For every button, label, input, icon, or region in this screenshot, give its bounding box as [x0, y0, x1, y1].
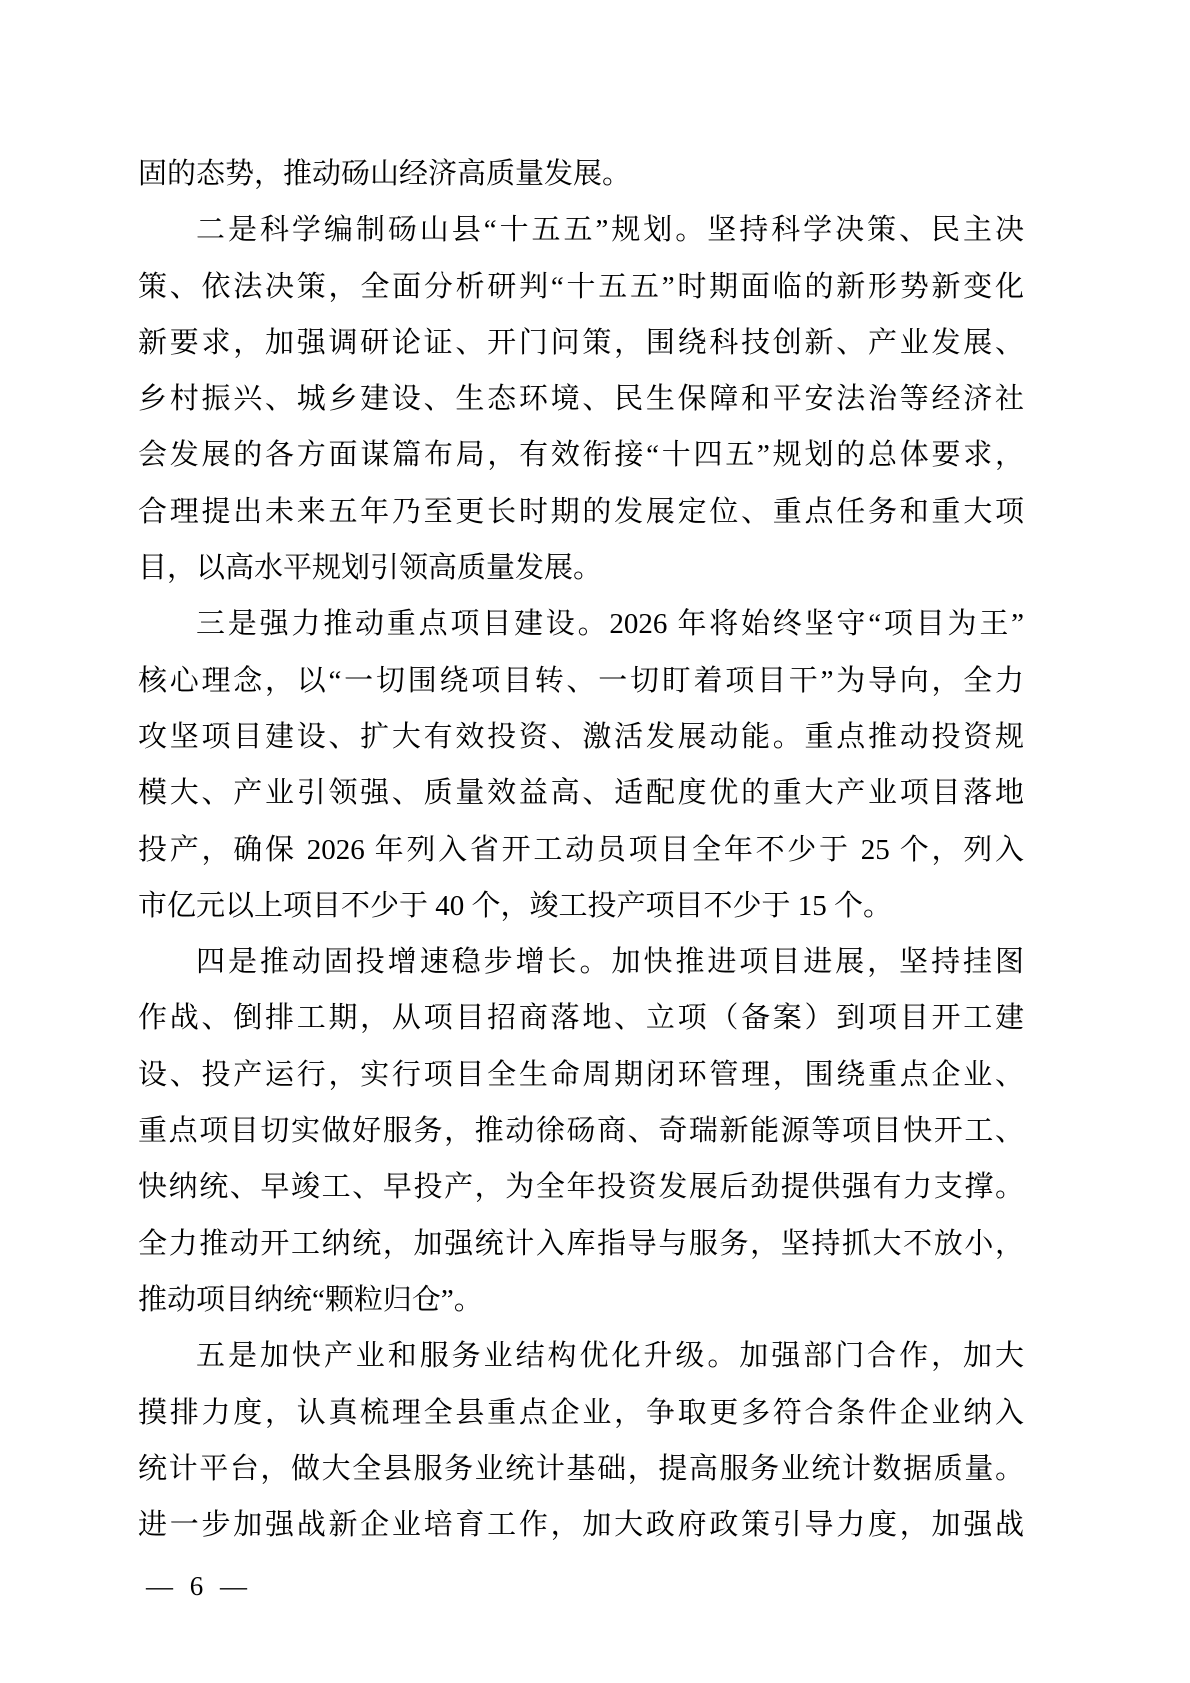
paragraph: 四是推动固投增速稳步增长。加快推进项目进展，坚持挂图 作战、倒排工期，从项目招商… [138, 934, 1024, 1328]
body-line: 四是推动固投增速稳步增长。加快推进项目进展，坚持挂图 [138, 934, 1024, 990]
body-line: 推动项目纳统“颗粒归仓”。 [138, 1272, 1024, 1328]
paragraph: 固的态势，推动砀山经济高质量发展。 [138, 146, 1024, 202]
body-line: 乡村振兴、城乡建设、生态环境、民生保障和平安法治等经济社 [138, 371, 1024, 427]
document-page: 固的态势，推动砀山经济高质量发展。 二是科学编制砀山县“十五五”规划。坚持科学决… [0, 0, 1190, 1683]
body-line: 会发展的各方面谋篇布局，有效衔接“十四五”规划的总体要求， [138, 427, 1024, 483]
body-line: 全力推动开工纳统，加强统计入库指导与服务，坚持抓大不放小， [138, 1216, 1024, 1272]
page-number: — 6 — [146, 1566, 252, 1606]
body-line: 快纳统、早竣工、早投产，为全年投资发展后劲提供强有力支撑。 [138, 1159, 1024, 1215]
body-line: 模大、产业引领强、质量效益高、适配度优的重大产业项目落地 [138, 765, 1024, 821]
body-line: 核心理念，以“一切围绕项目转、一切盯着项目干”为导向，全力 [138, 653, 1024, 709]
paragraph: 三是强力推动重点项目建设。2026 年将始终坚守“项目为王” 核心理念，以“一切… [138, 596, 1024, 934]
page-body: 固的态势，推动砀山经济高质量发展。 二是科学编制砀山县“十五五”规划。坚持科学决… [138, 146, 1024, 1553]
paragraph: 二是科学编制砀山县“十五五”规划。坚持科学决策、民主决 策、依法决策，全面分析研… [138, 202, 1024, 596]
body-line: 设、投产运行，实行项目全生命周期闭环管理，围绕重点企业、 [138, 1047, 1024, 1103]
body-line: 统计平台，做大全县服务业统计基础，提高服务业统计数据质量。 [138, 1441, 1024, 1497]
body-line: 五是加快产业和服务业结构优化升级。加强部门合作，加大 [138, 1328, 1024, 1384]
body-line: 三是强力推动重点项目建设。2026 年将始终坚守“项目为王” [138, 596, 1024, 652]
body-line: 合理提出未来五年乃至更长时期的发展定位、重点任务和重大项 [138, 484, 1024, 540]
body-line: 新要求，加强调研论证、开门问策，围绕科技创新、产业发展、 [138, 315, 1024, 371]
body-line: 目，以高水平规划引领高质量发展。 [138, 540, 1024, 596]
body-line: 攻坚项目建设、扩大有效投资、激活发展动能。重点推动投资规 [138, 709, 1024, 765]
paragraph: 五是加快产业和服务业结构优化升级。加强部门合作，加大 摸排力度，认真梳理全县重点… [138, 1328, 1024, 1553]
body-line: 投产，确保 2026 年列入省开工动员项目全年不少于 25 个，列入 [138, 822, 1024, 878]
body-line: 固的态势，推动砀山经济高质量发展。 [138, 146, 1024, 202]
body-line: 作战、倒排工期，从项目招商落地、立项（备案）到项目开工建 [138, 990, 1024, 1046]
body-line: 市亿元以上项目不少于 40 个，竣工投产项目不少于 15 个。 [138, 878, 1024, 934]
body-line: 摸排力度，认真梳理全县重点企业，争取更多符合条件企业纳入 [138, 1385, 1024, 1441]
body-line: 二是科学编制砀山县“十五五”规划。坚持科学决策、民主决 [138, 202, 1024, 258]
body-line: 策、依法决策，全面分析研判“十五五”时期面临的新形势新变化 [138, 259, 1024, 315]
body-line: 重点项目切实做好服务，推动徐砀商、奇瑞新能源等项目快开工、 [138, 1103, 1024, 1159]
body-line: 进一步加强战新企业培育工作，加大政府政策引导力度，加强战 [138, 1497, 1024, 1553]
